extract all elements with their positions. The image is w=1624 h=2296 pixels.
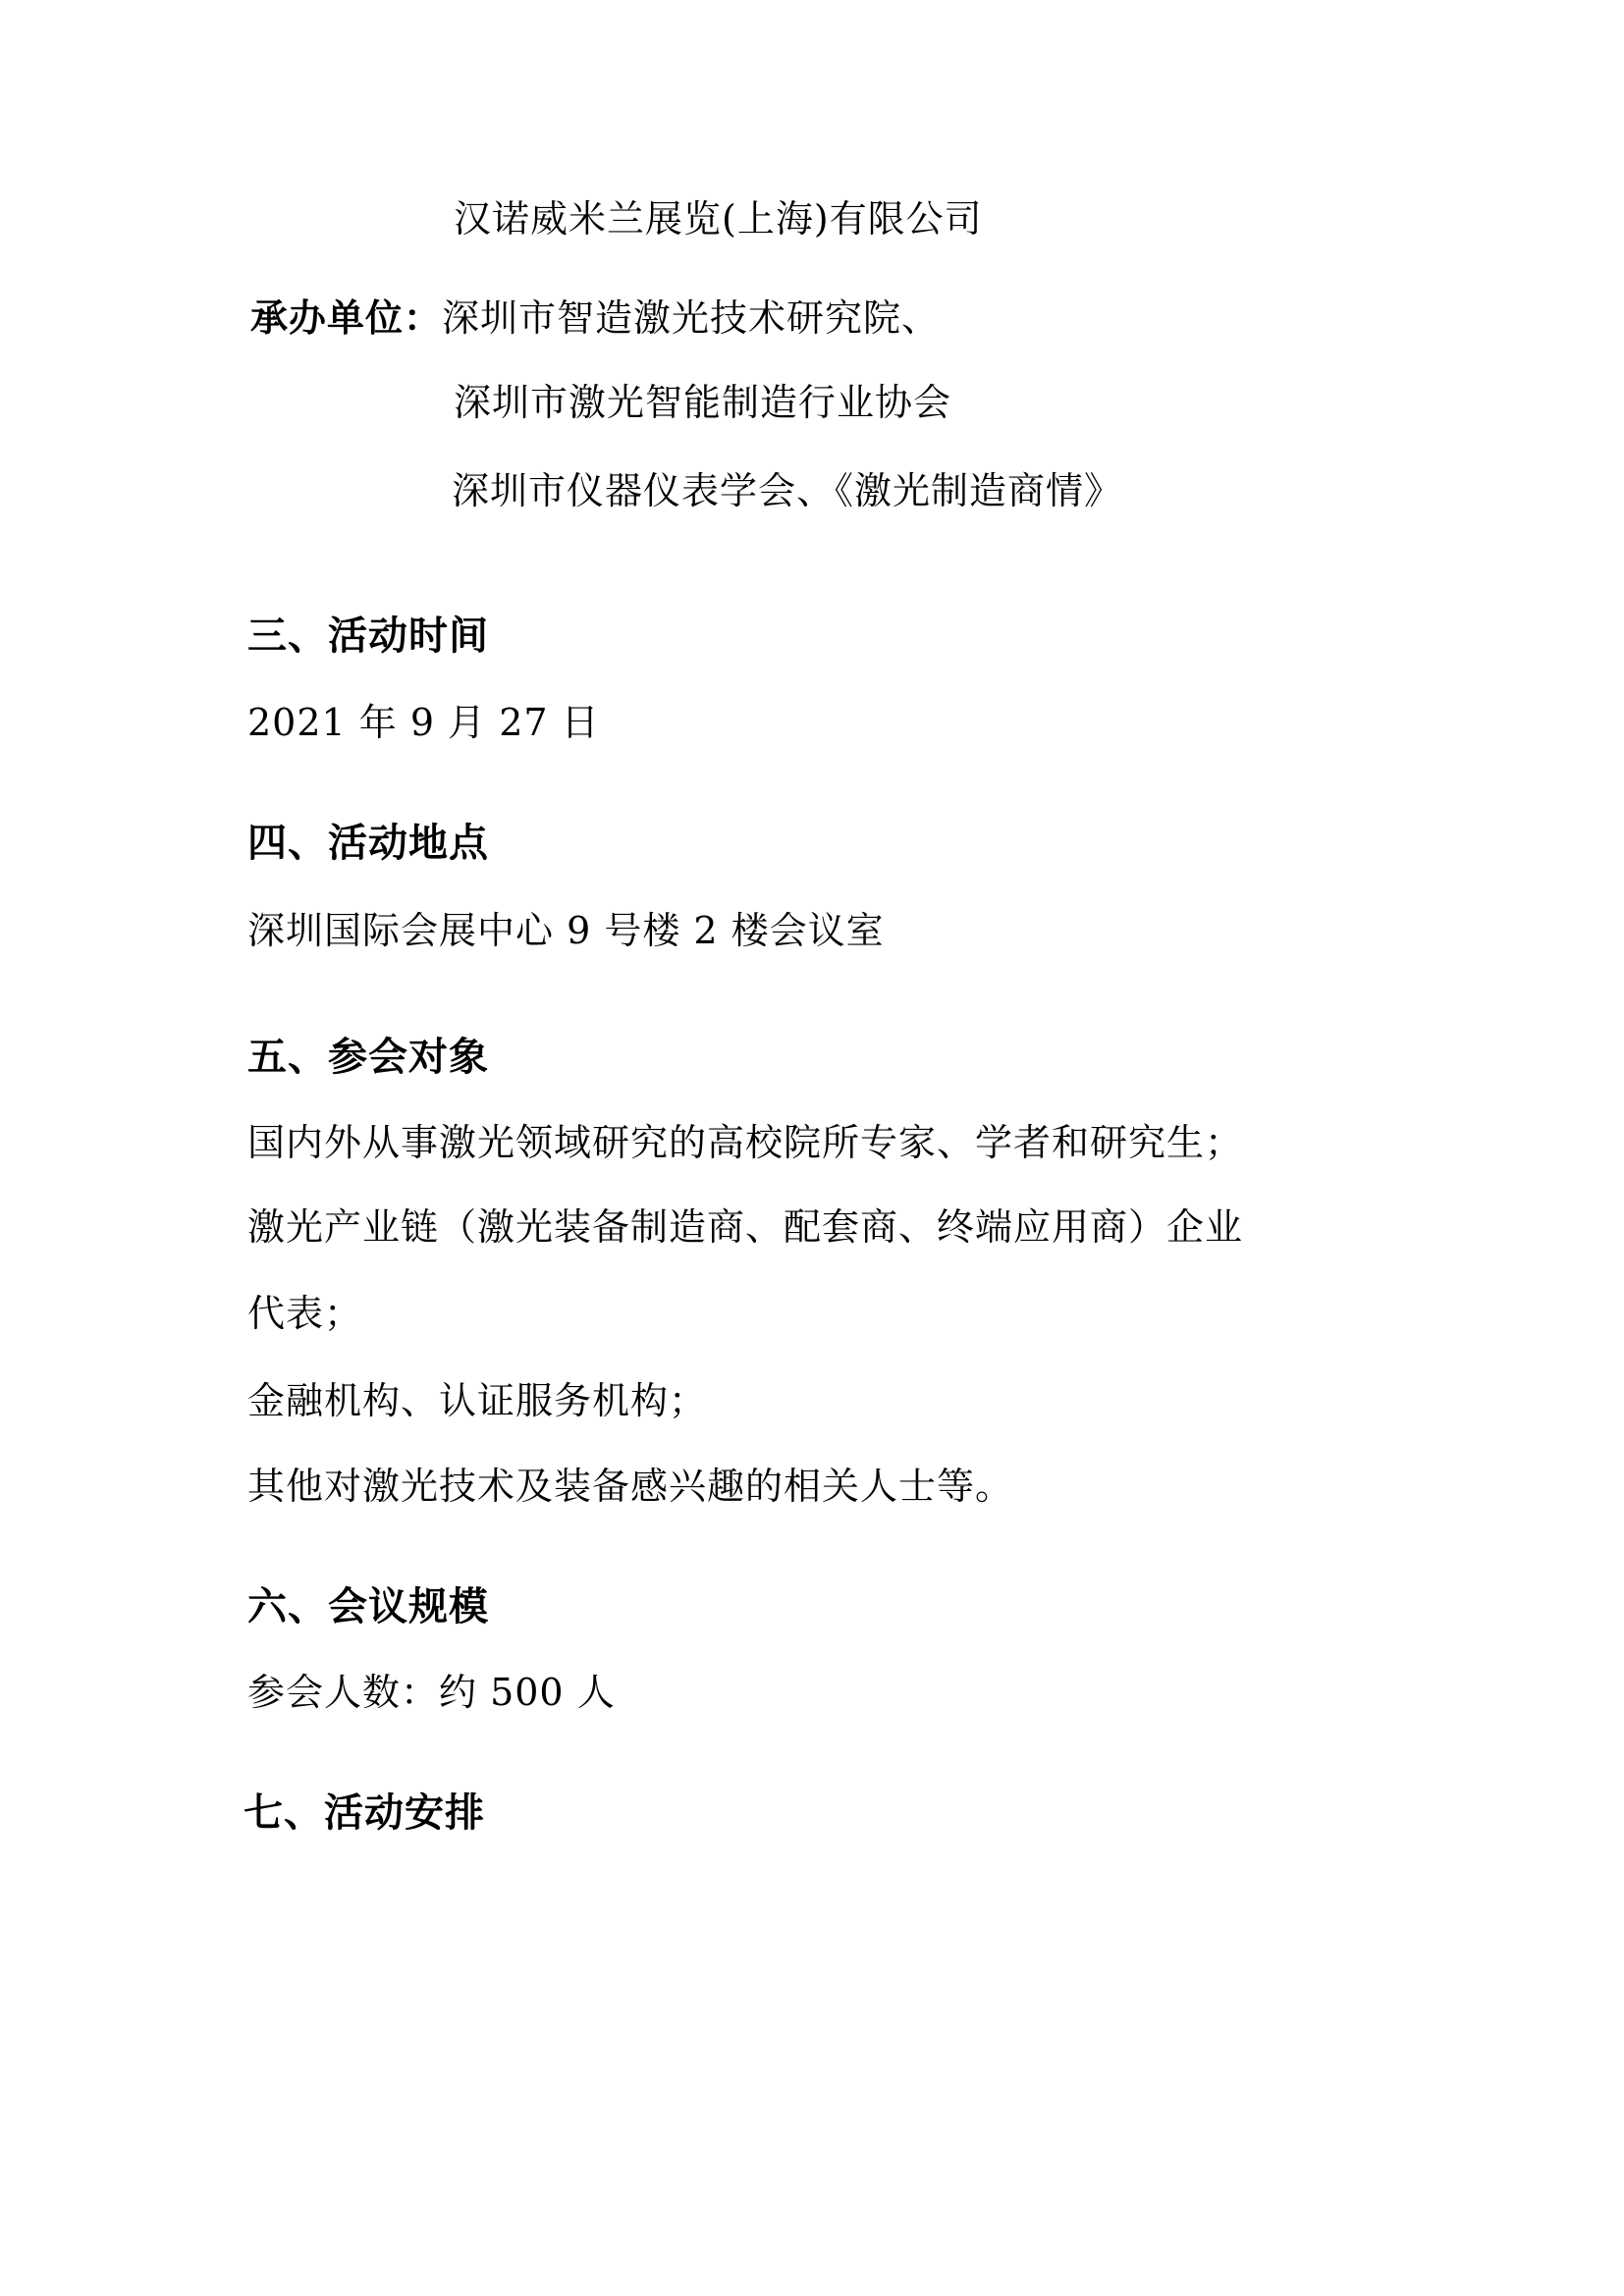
audience-line-5: 其他对激光技术及装备感兴趣的相关人士等。: [247, 1463, 1013, 1510]
document-page: 汉诺威米兰展览(上海)有限公司 承办单位：深圳市智造激光技术研究院、 深圳市激光…: [0, 0, 1624, 2296]
section-heading-time: 三、活动时间: [247, 612, 489, 661]
co-organizer-2: 深圳市激光智能制造行业协会: [454, 379, 951, 426]
audience-line-4: 金融机构、认证服务机构；: [247, 1377, 707, 1424]
audience-line-2: 激光产业链（激光装备制造商、配套商、终端应用商）企业: [247, 1203, 1243, 1251]
attendee-count: 参会人数：约 500 人: [247, 1669, 616, 1716]
host-organizer-continuation: 汉诺威米兰展览(上海)有限公司: [454, 195, 983, 242]
section-heading-scale: 六、会议规模: [247, 1582, 489, 1631]
co-organizer-3: 深圳市仪器仪表学会、《激光制造商情》: [452, 467, 1122, 514]
section-heading-arrangement: 七、活动安排: [244, 1789, 485, 1838]
event-location: 深圳国际会展中心 9 号楼 2 楼会议室: [247, 907, 885, 954]
co-organizer-label: 承办单位：: [250, 296, 442, 340]
audience-line-1: 国内外从事激光领域研究的高校院所专家、学者和研究生；: [247, 1119, 1243, 1166]
audience-line-3: 代表；: [247, 1290, 362, 1337]
co-organizer-1: 深圳市智造激光技术研究院、: [442, 296, 940, 340]
section-heading-audience: 五、参会对象: [247, 1033, 489, 1082]
section-heading-location: 四、活动地点: [247, 819, 489, 868]
event-date: 2021 年 9 月 27 日: [247, 699, 600, 746]
co-organizer-row: 承办单位：深圳市智造激光技术研究院、: [250, 294, 940, 342]
